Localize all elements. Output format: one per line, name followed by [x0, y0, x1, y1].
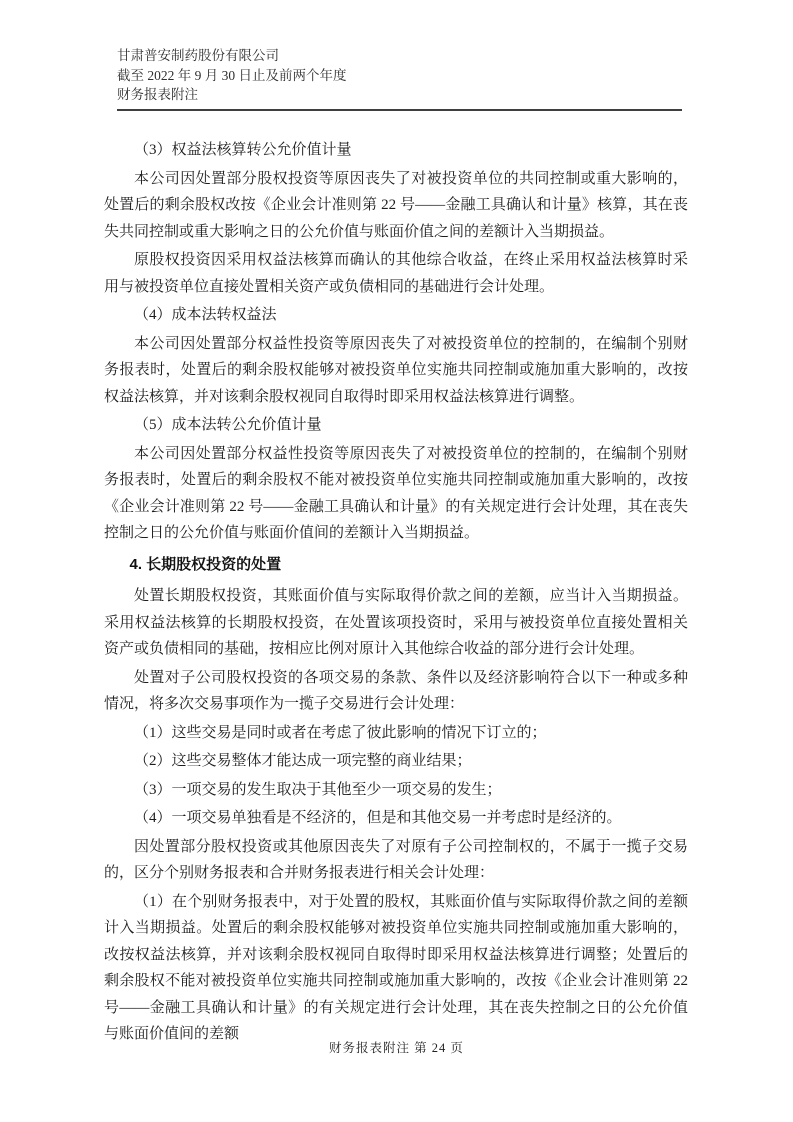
section-heading-disposal-of-lt-equity-investment: 4. 长期股权投资的处置 [104, 552, 688, 579]
header-period-line: 截至 2022 年 9 月 30 日止及前两个年度 [117, 66, 347, 86]
paragraph: 本公司因处置部分股权投资等原因丧失了对被投资单位的共同控制或重大影响的，处置后的… [104, 166, 688, 246]
document-page: 甘肃普安制药股份有限公司 截至 2022 年 9 月 30 日止及前两个年度 财… [0, 0, 793, 1122]
paragraph: 本公司因处置部分权益性投资等原因丧失了对被投资单位的控制的，在编制个别财务报表时… [104, 331, 688, 411]
subsection-heading-equity-to-fair-value: （3）权益法核算转公允价值计量 [104, 137, 688, 164]
header-doc-title: 财务报表附注 [117, 85, 347, 105]
header-company-name: 甘肃普安制药股份有限公司 [117, 46, 347, 66]
paragraph: 处置长期股权投资，其账面价值与实际取得价款之间的差额，应当计入当期损益。采用权益… [104, 583, 688, 663]
paragraph: 处置对子公司股权投资的各项交易的条款、条件以及经济影响符合以下一种或多种情况，将… [104, 665, 688, 718]
list-item: （1）这些交易是同时或者在考虑了彼此影响的情况下订立的； [104, 720, 688, 747]
subsection-heading-cost-to-equity: （4）成本法转权益法 [104, 302, 688, 329]
list-item: （2）这些交易整体才能达成一项完整的商业结果； [104, 748, 688, 775]
paragraph: （1）在个别财务报表中，对于处置的股权，其账面价值与实际取得价款之间的差额计入当… [104, 889, 688, 1048]
paragraph: 本公司因处置部分权益性投资等原因丧失了对被投资单位的控制的，在编制个别财务报表时… [104, 441, 688, 547]
page-footer: 财务报表附注 第 24 页 [0, 1038, 793, 1056]
document-body: （3）权益法核算转公允价值计量 本公司因处置部分股权投资等原因丧失了对被投资单位… [104, 136, 688, 1050]
paragraph: 原股权投资因采用权益法核算而确认的其他综合收益，在终止采用权益法核算时采用与被投… [104, 247, 688, 300]
paragraph: 因处置部分股权投资或其他原因丧失了对原有子公司控制权的，不属于一揽子交易的，区分… [104, 834, 688, 887]
subsection-heading-cost-to-fair-value: （5）成本法转公允价值计量 [104, 412, 688, 439]
list-item: （3）一项交易的发生取决于其他至少一项交易的发生； [104, 777, 688, 804]
page-header: 甘肃普安制药股份有限公司 截至 2022 年 9 月 30 日止及前两个年度 财… [117, 46, 347, 105]
header-divider [117, 109, 682, 111]
footer-page-label: 财务报表附注 第 24 页 [329, 1041, 464, 1055]
list-item: （4）一项交易单独看是不经济的，但是和其他交易一并考虑时是经济的。 [104, 805, 688, 832]
